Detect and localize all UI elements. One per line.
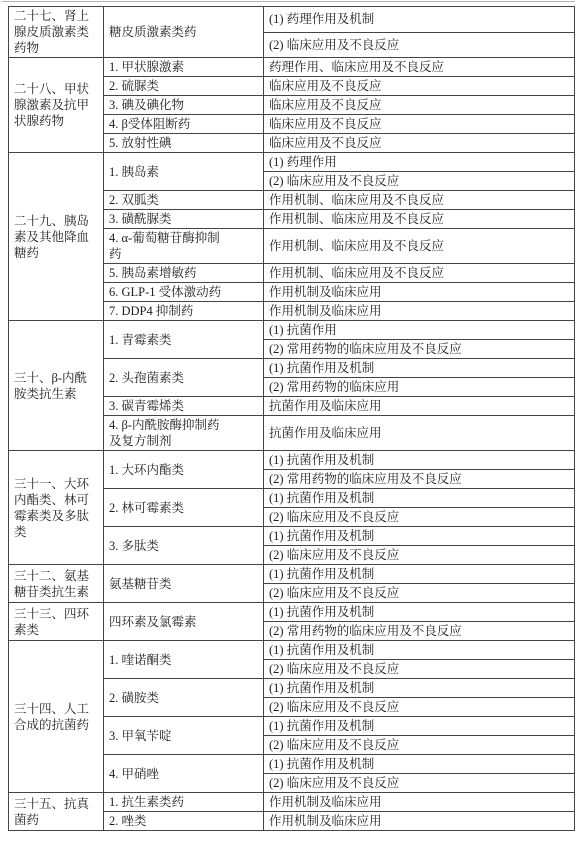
detail-cell: 作用机制、临床应用及不良反应: [264, 191, 575, 210]
item-name-cell: 1. 大环内酯类: [104, 451, 264, 489]
detail-cell: (2) 临床应用及不良反应: [264, 660, 575, 679]
item-name-cell: 1. 胰岛素: [104, 153, 264, 191]
detail-cell: (2) 临床应用及不良反应: [264, 546, 575, 565]
table-row: 三十四、人工合成的抗菌药1. 喹诺酮类(1) 抗菌作用及机制: [9, 641, 575, 660]
detail-cell: (2) 常用药物的临床应用及不良反应: [264, 340, 575, 359]
detail-cell: 抗菌作用及临床应用: [264, 416, 575, 451]
item-name-cell: 氨基糖苷类: [104, 565, 264, 603]
detail-cell: 临床应用及不良反应: [264, 115, 575, 134]
detail-cell: (1) 抗菌作用及机制: [264, 755, 575, 774]
detail-cell: (2) 临床应用及不良反应: [264, 698, 575, 717]
detail-cell: (2) 常用药物的临床应用及不良反应: [264, 622, 575, 641]
item-name-cell: 2. 磺胺类: [104, 679, 264, 717]
item-name-cell: 7. DDP4 抑制药: [104, 302, 264, 321]
detail-cell: 作用机制及临床应用: [264, 793, 575, 812]
item-name-cell: 糖皮质激素类药: [104, 7, 264, 58]
detail-cell: 抗菌作用及临床应用: [264, 397, 575, 416]
detail-cell: 作用机制及临床应用: [264, 812, 575, 831]
section-title-cell: 二十九、胰岛素及其他降血糖药: [9, 153, 104, 321]
section-title-cell: 三十一、大环内酯类、林可霉素类及多肽类: [9, 451, 104, 565]
item-name-cell: 1. 抗生素类药: [104, 793, 264, 812]
table-row: 三十二、氨基糖苷类抗生素氨基糖苷类(1) 抗菌作用及机制: [9, 565, 575, 584]
detail-cell: (2) 临床应用及不良反应: [264, 508, 575, 527]
item-name-cell: 4. 甲硝唑: [104, 755, 264, 793]
item-name-cell: 3. 多肽类: [104, 527, 264, 565]
detail-cell: (1) 抗菌作用及机制: [264, 359, 575, 378]
table-row: 三十、β-内酰胺类抗生素1. 青霉素类(1) 抗菌作用: [9, 321, 575, 340]
item-name-cell: 2. 硫脲类: [104, 77, 264, 96]
syllabus-table-body: 二十七、肾上腺皮质激素类药物糖皮质激素类药(1) 药理作用及机制(2) 临床应用…: [9, 7, 575, 831]
detail-cell: (1) 抗菌作用及机制: [264, 603, 575, 622]
item-name-cell: 1. 青霉素类: [104, 321, 264, 359]
detail-cell: (1) 抗菌作用及机制: [264, 527, 575, 546]
detail-cell: (1) 抗菌作用及机制: [264, 679, 575, 698]
table-row: 三十五、抗真菌药1. 抗生素类药作用机制及临床应用: [9, 793, 575, 812]
detail-cell: (2) 常用药物的临床应用: [264, 378, 575, 397]
item-name-cell: 2. 双胍类: [104, 191, 264, 210]
document-page: 二十七、肾上腺皮质激素类药物糖皮质激素类药(1) 药理作用及机制(2) 临床应用…: [0, 0, 578, 841]
detail-cell: 作用机制及临床应用: [264, 302, 575, 321]
item-name-cell: 3. 碳青霉烯类: [104, 397, 264, 416]
detail-cell: 作用机制、临床应用及不良反应: [264, 210, 575, 229]
item-name-cell: 4. β受体阻断药: [104, 115, 264, 134]
item-name-cell: 四环素及氯霉素: [104, 603, 264, 641]
detail-cell: (1) 抗菌作用及机制: [264, 451, 575, 470]
table-row: 三十三、四环素类四环素及氯霉素(1) 抗菌作用及机制: [9, 603, 575, 622]
item-name-cell: 2. 林可霉素类: [104, 489, 264, 527]
table-row: 二十七、肾上腺皮质激素类药物糖皮质激素类药(1) 药理作用及机制: [9, 7, 575, 33]
detail-cell: 药理作用、临床应用及不良反应: [264, 58, 575, 77]
detail-cell: 作用机制及临床应用: [264, 283, 575, 302]
section-title-cell: 三十二、氨基糖苷类抗生素: [9, 565, 104, 603]
item-name-cell: 3. 碘及碘化物: [104, 96, 264, 115]
item-name-cell: 2. 唑类: [104, 812, 264, 831]
item-name-cell: 4. β-内酰胺酶抑制药 及复方制剂: [104, 416, 264, 451]
detail-cell: 临床应用及不良反应: [264, 96, 575, 115]
detail-cell: (2) 常用药物的临床应用及不良反应: [264, 470, 575, 489]
detail-cell: (1) 抗菌作用及机制: [264, 717, 575, 736]
table-row: 二十八、甲状腺激素及抗甲状腺药物1. 甲状腺激素药理作用、临床应用及不良反应: [9, 58, 575, 77]
section-title-cell: 三十、β-内酰胺类抗生素: [9, 321, 104, 451]
table-row: 二十九、胰岛素及其他降血糖药1. 胰岛素(1) 药理作用: [9, 153, 575, 172]
section-title-cell: 二十八、甲状腺激素及抗甲状腺药物: [9, 58, 104, 153]
detail-cell: (1) 药理作用: [264, 153, 575, 172]
detail-cell: 作用机制、临床应用及不良反应: [264, 229, 575, 264]
detail-cell: (1) 抗菌作用及机制: [264, 641, 575, 660]
item-name-cell: 2. 头孢菌素类: [104, 359, 264, 397]
item-name-cell: 4. α-葡萄糖苷酶抑制 药: [104, 229, 264, 264]
detail-cell: (2) 临床应用及不良反应: [264, 584, 575, 603]
detail-cell: (1) 抗菌作用: [264, 321, 575, 340]
detail-cell: (2) 临床应用及不良反应: [264, 736, 575, 755]
item-name-cell: 6. GLP-1 受体激动药: [104, 283, 264, 302]
section-title-cell: 三十三、四环素类: [9, 603, 104, 641]
item-name-cell: 1. 甲状腺激素: [104, 58, 264, 77]
detail-cell: (1) 药理作用及机制: [264, 7, 575, 33]
page-break-rule: [2, 1, 575, 2]
item-name-cell: 3. 磺酰脲类: [104, 210, 264, 229]
section-title-cell: 三十四、人工合成的抗菌药: [9, 641, 104, 793]
item-name-cell: 5. 放射性碘: [104, 134, 264, 153]
detail-cell: (2) 临床应用及不良反应: [264, 32, 575, 58]
detail-cell: (2) 临床应用及不良反应: [264, 172, 575, 191]
section-title-cell: 二十七、肾上腺皮质激素类药物: [9, 7, 104, 58]
table-row: 三十一、大环内酯类、林可霉素类及多肽类1. 大环内酯类(1) 抗菌作用及机制: [9, 451, 575, 470]
detail-cell: 作用机制、临床应用及不良反应: [264, 264, 575, 283]
syllabus-table: 二十七、肾上腺皮质激素类药物糖皮质激素类药(1) 药理作用及机制(2) 临床应用…: [8, 6, 575, 831]
item-name-cell: 5. 胰岛素增敏药: [104, 264, 264, 283]
detail-cell: 临床应用及不良反应: [264, 77, 575, 96]
detail-cell: (1) 抗菌作用及机制: [264, 565, 575, 584]
item-name-cell: 1. 喹诺酮类: [104, 641, 264, 679]
detail-cell: 临床应用及不良反应: [264, 134, 575, 153]
detail-cell: (1) 抗菌作用及机制: [264, 489, 575, 508]
section-title-cell: 三十五、抗真菌药: [9, 793, 104, 831]
item-name-cell: 3. 甲氧苄啶: [104, 717, 264, 755]
detail-cell: (2) 临床应用及不良反应: [264, 774, 575, 793]
